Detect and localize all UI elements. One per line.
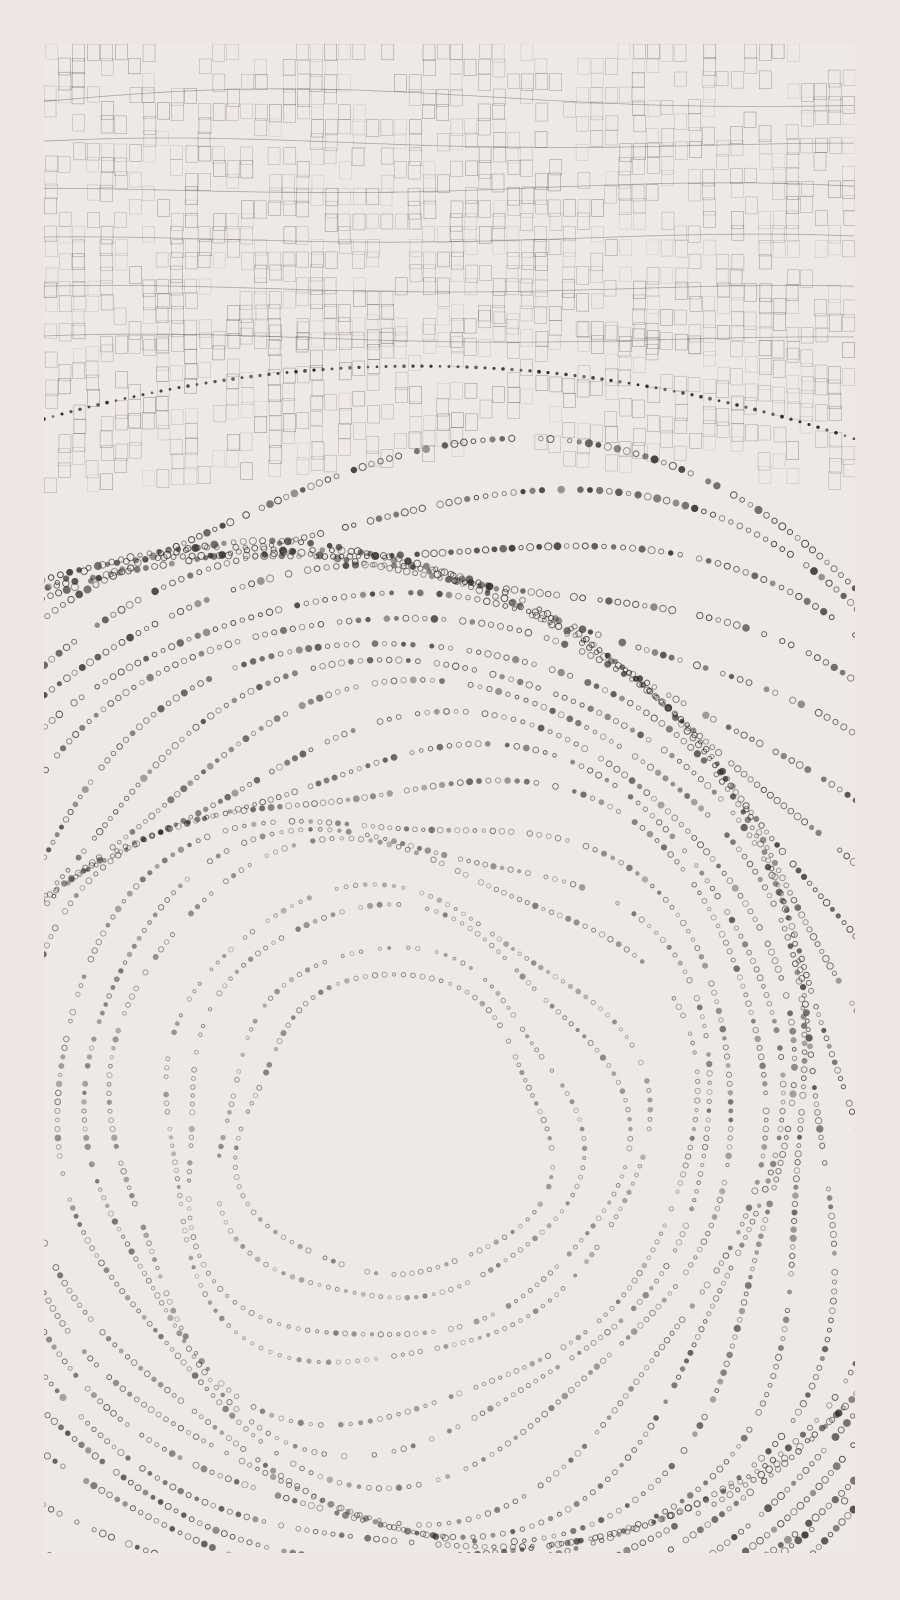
generative-artwork-canvas: [44, 44, 855, 1553]
concentric-dot-rings: [44, 435, 855, 1553]
artwork-svg: [44, 44, 855, 1553]
paper-background: [0, 0, 900, 1600]
grid-band: [44, 44, 855, 493]
